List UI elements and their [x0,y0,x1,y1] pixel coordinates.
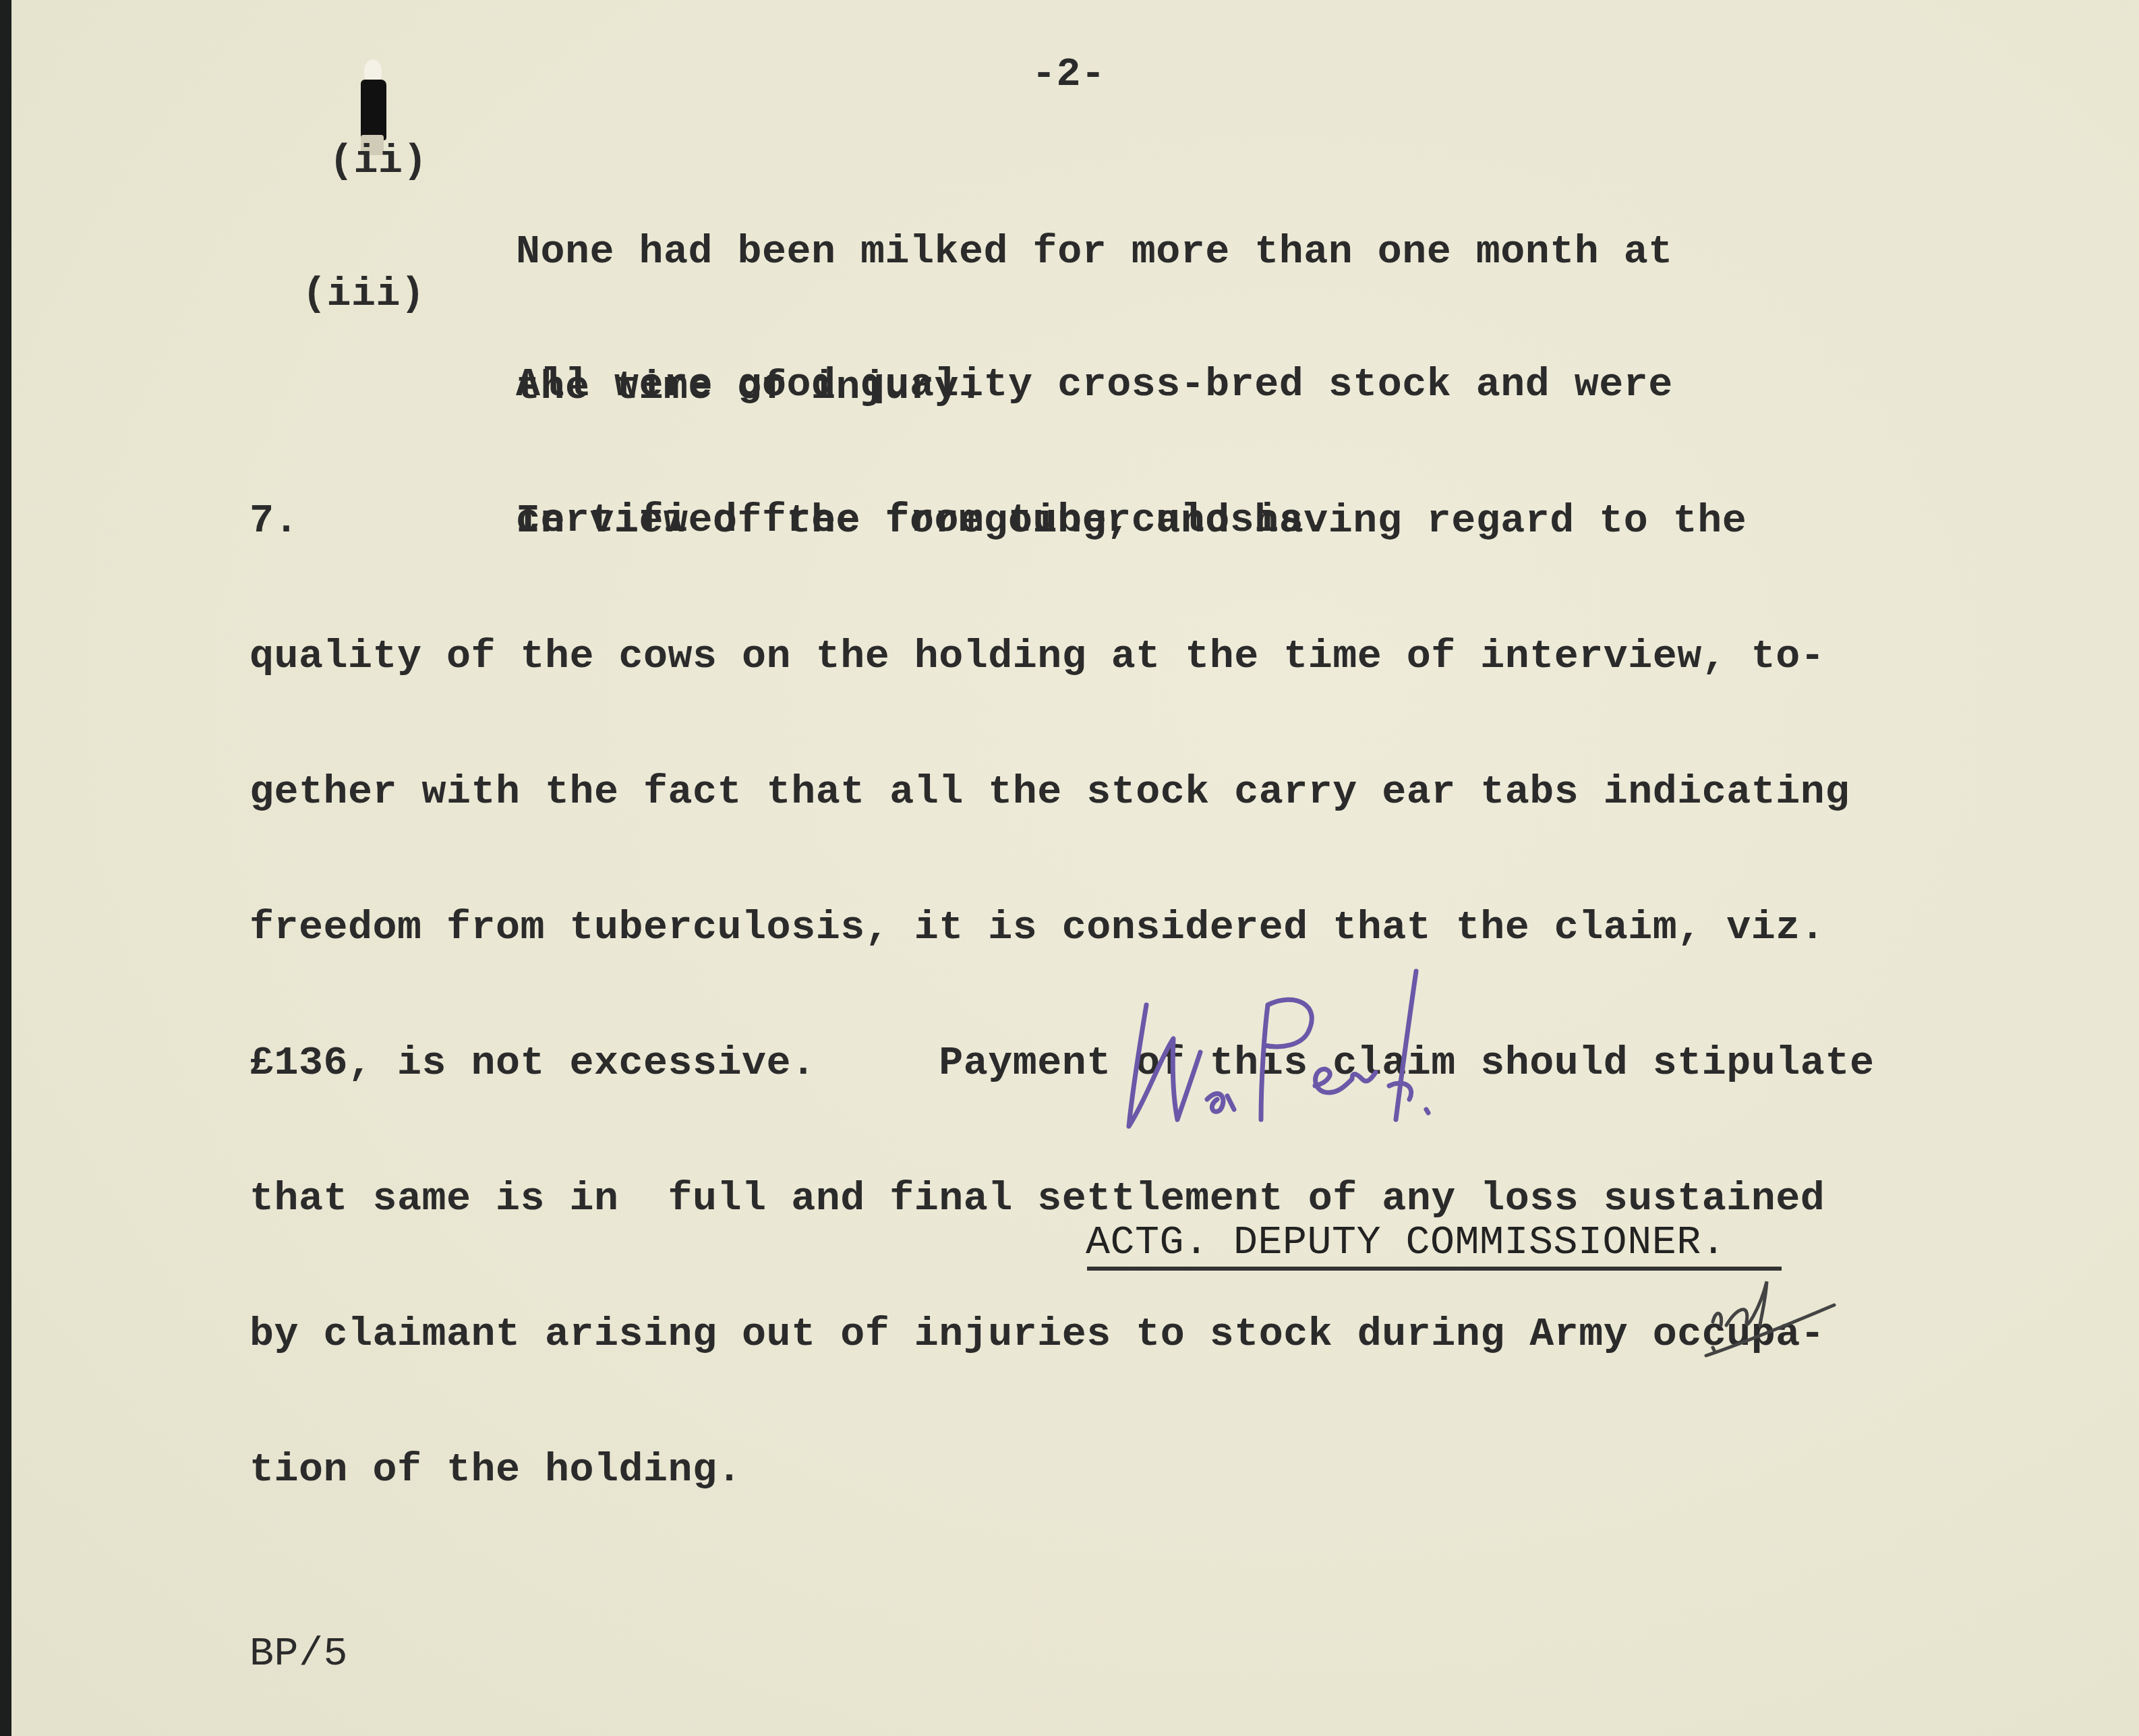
signatory-title: ACTG. DEPUTY COMMISSIONER. [1086,1221,1726,1266]
paragraph-line: gether with the fact that all the stock … [250,770,1874,815]
item-iii-line: All were good quality cross-bred stock a… [516,363,1673,408]
item-label-iii: (iii) [302,272,426,318]
paragraph-line: by claimant arising out of injuries to s… [250,1312,1874,1358]
paragraph-number: 7. [250,498,299,544]
handwritten-signature [1119,964,1497,1140]
paragraph-line: tion of the holding. [250,1448,1874,1493]
paragraph-line-text: In view of the foregoing, and having reg… [516,499,1747,544]
page-number: -2- [1032,53,1106,98]
reference-code: BP/5 [250,1632,348,1677]
paragraph-line: £136, is not excessive. Payment of this … [250,1041,1874,1087]
paragraph-line: freedom from tuberculosis, it is conside… [250,906,1874,951]
item-label-ii: (ii) [329,140,428,185]
ink-blot [361,80,386,140]
paragraph-7: 7.In view of the foregoing, and having r… [250,409,1874,1538]
item-ii-line: None had been milked for more than one m… [516,230,1673,275]
title-underline [1087,1267,1782,1271]
paragraph-line: quality of the cows on the holding at th… [250,635,1874,680]
paragraph-line: 7.In view of the foregoing, and having r… [250,499,1874,544]
paper-damage [364,59,382,82]
handwritten-initials [1686,1268,1848,1376]
scan-edge [0,0,11,1736]
paragraph-line: that same is in full and final settlemen… [250,1177,1874,1222]
